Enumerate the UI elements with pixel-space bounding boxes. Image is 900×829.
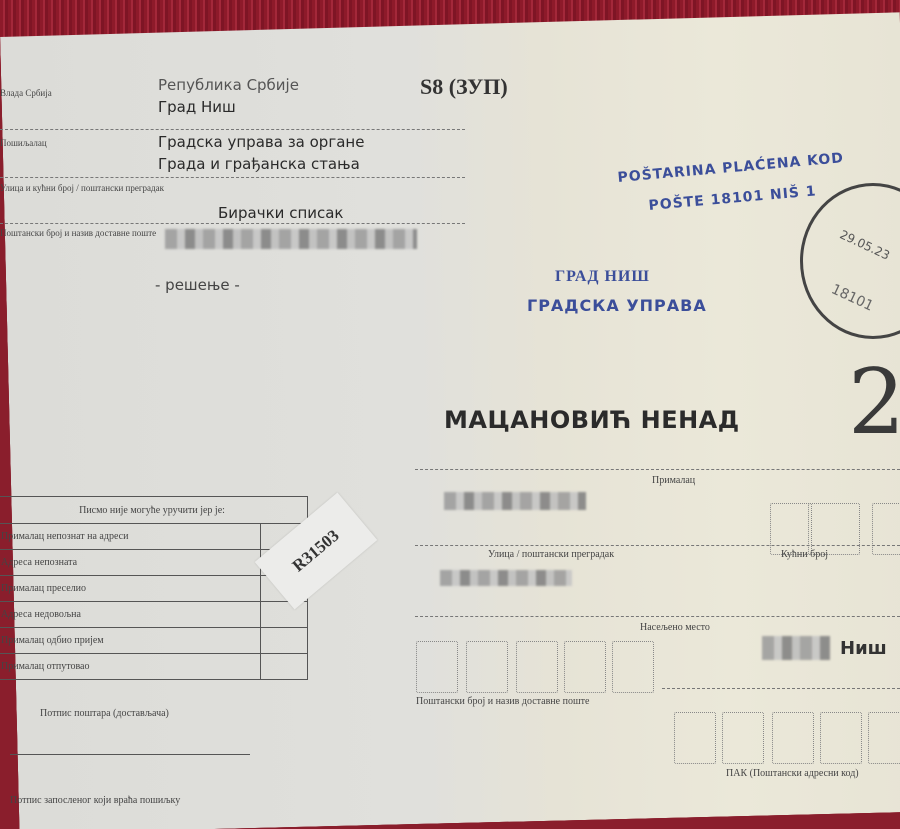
table-row[interactable]: Прималац преселио [0,576,307,602]
recipient-name: МАЦАНОВИЋ НЕНАД [444,406,740,434]
divider [662,688,900,689]
postcode-digit-box[interactable] [612,641,654,693]
handwritten-mark: 2 [848,350,900,455]
pak-digit-box[interactable] [820,712,862,764]
signature-line [10,754,250,755]
pak-digit-box[interactable] [674,712,716,764]
label-government: Влада Србија [0,88,52,98]
label-postcode: Поштански број и назив доставне поште [0,228,156,238]
postcode-digit-box[interactable] [466,641,508,693]
pak-digit-box[interactable] [722,712,764,764]
postcode-digit-box[interactable] [564,641,606,693]
apartment-box[interactable] [872,503,900,555]
city-stamp-line-2: ГРАДСКА УПРАВА [527,296,707,315]
label-sender: Пошиљалац [0,138,47,148]
divider [0,177,465,178]
undeliverable-reasons-table: Писмо није могуће уручити јер је: Примал… [0,496,308,680]
label-house-number: Кућни број [781,549,828,560]
issuer-line-2: Град Ниш [158,98,236,116]
form-code: S8 (ЗУП) [420,74,508,100]
settlement-value: Ниш [840,638,887,659]
table-header: Писмо није могуће уручити јер је: [0,497,307,524]
postcode-digit-box[interactable] [416,641,458,693]
city-stamp-line-1: ГРАД НИШ [555,268,650,286]
divider [415,545,900,546]
issuer-line-1: Република Србије [158,76,299,94]
label-street: Улица и кућни број / поштански преградак [0,183,164,193]
subject: Бирачки списак [218,204,344,222]
registration-number: R31503 [289,526,344,577]
document-type: - решење - [155,276,240,294]
divider [0,129,465,130]
label-settlement: Насељено место [640,622,710,633]
divider [415,469,900,470]
dept-line-1: Градска управа за органе [158,133,364,151]
employee-signature-label: Потпис запосленог који враћа пошиљку [10,795,180,806]
label-postcode: Поштански број и назив доставне поште [416,696,589,707]
redacted-sender-post [165,229,417,249]
divider [415,616,900,617]
pak-digit-box[interactable] [772,712,814,764]
postman-signature-label: Потпис поштара (достављача) [40,708,169,719]
pak-digit-box[interactable] [868,712,900,764]
divider [0,223,465,224]
postcode-digit-box[interactable] [516,641,558,693]
label-street: Улица / поштански преградак [488,549,614,560]
table-row[interactable]: Адреса недовољна [0,602,307,628]
table-row[interactable]: Прималац непознат на адреси [0,524,307,550]
label-pak: ПАК (Поштански адресни код) [726,768,859,779]
dept-line-2: Града и грађанска стања [158,155,360,173]
house-number-box[interactable] [808,503,860,555]
redacted-street [444,492,586,510]
redacted-postcode [762,636,830,660]
label-recipient: Прималац [652,475,695,486]
redacted-street-2 [440,570,572,586]
table-row[interactable]: Прималац одбио пријем [0,628,307,654]
table-row[interactable]: Прималац отпутовао [0,654,307,680]
house-number-box[interactable] [770,503,812,555]
